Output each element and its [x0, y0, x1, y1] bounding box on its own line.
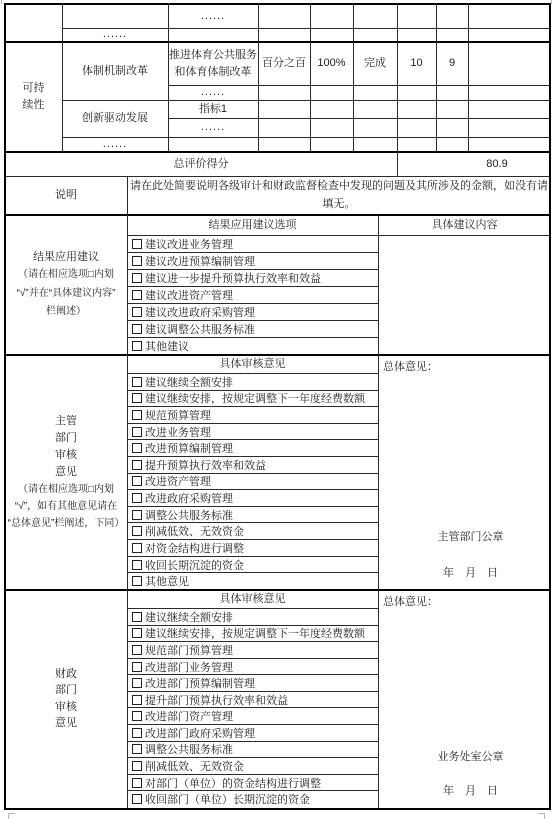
checkbox-icon[interactable]: [132, 393, 142, 403]
option-row[interactable]: 改进预算编制管理: [128, 440, 378, 457]
option-label: 建议进一步提升预算执行效率和效益: [145, 270, 321, 286]
label-line: 意见: [5, 715, 127, 732]
option-label: 对部门（单位）的资金结构进行调整: [145, 775, 321, 791]
option-label: 改进部门业务管理: [145, 659, 233, 675]
option-row[interactable]: 改进部门业务管理: [128, 659, 378, 676]
option-label: 改进部门预算编制管理: [145, 675, 255, 691]
finance-review-options-header: 具体审核意见: [127, 590, 378, 608]
checkbox-icon[interactable]: [132, 341, 142, 351]
finance-overall-opinion-area[interactable]: 总体意见：: [379, 590, 553, 810]
option-row[interactable]: 提升部门预算执行效率和效益: [128, 692, 378, 709]
option-row[interactable]: 削减低效、无效资金: [128, 758, 378, 775]
checkbox-icon[interactable]: [132, 778, 142, 788]
option-row[interactable]: 建议进一步提升预算执行效率和效益: [128, 270, 378, 287]
option-label: 建议改进资产管理: [145, 287, 233, 303]
checkbox-icon[interactable]: [132, 410, 142, 420]
option-row[interactable]: 其他意见: [128, 573, 378, 589]
page-boundary-mark: [8, 813, 15, 814]
checkbox-icon[interactable]: [132, 510, 142, 520]
option-row[interactable]: 对部门（单位）的资金结构进行调整: [128, 775, 378, 792]
result-application-options: 建议改进业务管理 建议改进预算编制管理 建议进一步提升预算执行效率和效益 建议改…: [128, 236, 378, 354]
dept-stamp-label: 主管部门公章: [390, 528, 551, 546]
option-label: 削减低效、无效资金: [145, 758, 244, 774]
evaluation-form-page: ...... ...... 可持续性 体制机制改革 推进体育公共服务 和体育体制…: [0, 0, 553, 819]
indicator-unit: 百分之百: [258, 42, 310, 85]
indicator-target-value: 100%: [310, 42, 353, 85]
option-label: 建议改进业务管理: [145, 236, 233, 252]
option-row[interactable]: 规范部门预算管理: [128, 642, 378, 659]
note-label: 说明: [5, 176, 127, 214]
checkbox-icon[interactable]: [132, 662, 142, 672]
option-row[interactable]: 改进部门预算编制管理: [128, 675, 378, 692]
option-label: 改进部门政府采购管理: [145, 725, 255, 741]
option-row[interactable]: 建议改进业务管理: [128, 236, 378, 253]
label-line: 部门: [5, 682, 127, 699]
checkbox-icon[interactable]: [132, 695, 142, 705]
option-label: 规范部门预算管理: [145, 642, 233, 658]
total-score-value: 80.9: [397, 152, 551, 176]
category-sustainability-label: 可持续性: [5, 42, 62, 151]
indicator-actual-value: 完成: [353, 42, 397, 85]
checkbox-icon[interactable]: [132, 273, 142, 283]
checkbox-icon[interactable]: [132, 645, 142, 655]
checkbox-icon[interactable]: [132, 678, 142, 688]
finance-review-options: 建议继续全额安排 建议继续安排，按规定调整下一年度经费数额 规范部门预算管理 改…: [128, 609, 378, 807]
option-label: 改进部门资产管理: [145, 708, 233, 724]
option-row[interactable]: 建议继续安排，按规定调整下一年度经费数额: [128, 626, 378, 643]
label-line: （请在相应选项□内划: [5, 481, 127, 498]
option-row[interactable]: 改进业务管理: [128, 424, 378, 441]
option-row[interactable]: 改进部门政府采购管理: [128, 725, 378, 742]
checkbox-icon[interactable]: [132, 744, 142, 754]
option-row[interactable]: 其他建议: [128, 338, 378, 354]
label-line: “√”并在“具体建议内容”: [5, 285, 127, 304]
option-label: 改进业务管理: [145, 424, 211, 440]
indicator-ellipsis-cell: ......: [62, 28, 168, 41]
checkbox-icon[interactable]: [132, 711, 142, 721]
checkbox-icon[interactable]: [132, 324, 142, 334]
option-label: 建议继续安排，按规定调整下一年度经费数额: [145, 626, 365, 642]
subcategory-label: 体制机制改革: [62, 42, 168, 100]
indicator-name-line: 和体育体制改革: [168, 64, 258, 81]
checkbox-icon[interactable]: [132, 256, 142, 266]
note-text: 请在此处简要说明各级审计和财政监督检查中发现的问题及其所涉及的金额，如没有请填无…: [129, 176, 549, 214]
label-line: 审核: [5, 447, 127, 464]
checkbox-icon[interactable]: [132, 526, 142, 536]
result-application-content-header: 具体建议内容: [378, 215, 551, 235]
checkbox-icon[interactable]: [132, 560, 142, 570]
option-row[interactable]: 削减低效、无效资金: [128, 523, 378, 540]
checkbox-icon[interactable]: [132, 307, 142, 317]
option-label: 建议继续安排，按规定调整下一年度经费数额: [145, 391, 365, 407]
label-line: 主管: [5, 413, 127, 430]
option-row[interactable]: 建议继续全额安排: [128, 609, 378, 626]
checkbox-icon[interactable]: [132, 628, 142, 638]
option-row[interactable]: 建议改进资产管理: [128, 287, 378, 304]
page-boundary-mark: [8, 813, 9, 819]
indicator-ellipsis-cell: ......: [168, 85, 258, 100]
indicator-score: 9: [436, 42, 468, 85]
indicator-name: 推进体育公共服务 和体育体制改革: [168, 42, 258, 85]
option-row[interactable]: 改进资产管理: [128, 474, 378, 491]
option-row[interactable]: 收回长期沉淀的资金: [128, 557, 378, 574]
option-label: 建议改进预算编制管理: [145, 253, 255, 269]
overall-opinion-label: 总体意见：: [383, 596, 438, 608]
indicator-ellipsis-cell: ......: [62, 137, 168, 151]
option-label: 建议继续全额安排: [145, 609, 233, 625]
checkbox-icon[interactable]: [132, 290, 142, 300]
page-boundary-mark: [1, 0, 2, 4]
checkbox-icon[interactable]: [132, 794, 142, 804]
checkbox-icon[interactable]: [132, 460, 142, 470]
label-line: 意见: [5, 464, 127, 481]
option-label: 调整公共服务标准: [145, 507, 233, 523]
checkbox-icon[interactable]: [132, 443, 142, 453]
category-label-line: 续性: [5, 97, 62, 114]
option-row[interactable]: 改进部门资产管理: [128, 708, 378, 725]
checkbox-icon[interactable]: [132, 377, 142, 387]
label-line: 结果应用建议: [5, 248, 127, 267]
category-label-line: 可持: [5, 80, 62, 97]
option-label: 规范预算管理: [145, 407, 211, 423]
finance-review-label: 财政部门审核意见: [5, 590, 127, 807]
option-label: 建议调整公共服务标准: [145, 321, 255, 337]
option-row[interactable]: 规范预算管理: [128, 407, 378, 424]
indicator-weight: 10: [397, 42, 436, 85]
option-row[interactable]: 调整公共服务标准: [128, 742, 378, 759]
checkbox-icon[interactable]: [132, 476, 142, 486]
option-label: 改进政府采购管理: [145, 490, 233, 506]
result-application-label: 结果应用建议（请在相应选项□内划“√”并在“具体建议内容”栏阐述）: [5, 215, 127, 354]
checkbox-icon[interactable]: [132, 543, 142, 553]
option-label: 对资金结构进行调整: [145, 540, 244, 556]
indicator-name: 指标1: [168, 100, 258, 118]
dept-review-options-header: 具体审核意见: [127, 355, 378, 373]
table-grid-line: [468, 3, 469, 152]
option-label: 调整公共服务标准: [145, 742, 233, 758]
checkbox-icon[interactable]: [132, 612, 142, 622]
option-row[interactable]: 建议继续全额安排: [128, 374, 378, 391]
dept-review-options: 建议继续全额安排 建议继续安排，按规定调整下一年度经费数额 规范预算管理 改进业…: [128, 374, 378, 589]
option-label: 改进预算编制管理: [145, 440, 233, 456]
option-row[interactable]: 建议调整公共服务标准: [128, 321, 378, 338]
label-line: 部门: [5, 430, 127, 447]
label-line: 栏阐述）: [5, 303, 127, 322]
option-label: 提升部门预算执行效率和效益: [145, 692, 288, 708]
option-row[interactable]: 改进政府采购管理: [128, 490, 378, 507]
option-label: 建议继续全额安排: [145, 374, 233, 390]
result-application-options-header: 结果应用建议选项: [127, 215, 378, 235]
indicator-ellipsis-cell: ......: [168, 118, 258, 137]
dept-overall-opinion-area[interactable]: 总体意见：: [379, 355, 553, 592]
subcategory-label: 创新驱动发展: [62, 100, 168, 137]
page-boundary-mark: [551, 0, 552, 4]
checkbox-icon[interactable]: [132, 493, 142, 503]
total-score-label: 总评价得分: [5, 152, 397, 176]
result-application-content-area[interactable]: [379, 236, 549, 354]
label-line: “√”，如有其他意见请在: [5, 498, 127, 515]
option-row[interactable]: 对资金结构进行调整: [128, 540, 378, 557]
option-row[interactable]: 调整公共服务标准: [128, 507, 378, 524]
finance-date-field[interactable]: 年 月 日: [390, 782, 551, 800]
checkbox-icon[interactable]: [132, 427, 142, 437]
indicator-ellipsis-cell: ......: [168, 4, 258, 28]
page-boundary-mark: [544, 813, 545, 819]
dept-date-field[interactable]: 年 月 日: [390, 564, 551, 582]
label-line: （请在相应选项□内划: [5, 266, 127, 285]
label-line: 审核: [5, 699, 127, 716]
option-row[interactable]: 提升预算执行效率和效益: [128, 457, 378, 474]
option-label: 收回长期沉淀的资金: [145, 557, 244, 573]
table-grid-line: [397, 3, 398, 177]
indicator-name-line: 推进体育公共服务: [168, 47, 258, 64]
option-label: 其他建议: [145, 338, 189, 354]
option-row[interactable]: 建议改进预算编制管理: [128, 253, 378, 270]
dept-review-label: 主管部门审核意见（请在相应选项□内划“√”，如有其他意见请在“总体意见”栏阐述，…: [5, 355, 127, 589]
checkbox-icon[interactable]: [132, 761, 142, 771]
checkbox-icon[interactable]: [132, 576, 142, 586]
option-label: 其他意见: [145, 573, 189, 589]
option-label: 建议改进政府采购管理: [145, 304, 255, 320]
option-label: 收回部门（单位）长期沉淀的资金: [145, 791, 310, 807]
option-row[interactable]: 建议改进政府采购管理: [128, 304, 378, 321]
option-label: 提升预算执行效率和效益: [145, 457, 266, 473]
checkbox-icon[interactable]: [132, 728, 142, 738]
finance-stamp-label: 业务处室公章: [390, 748, 551, 766]
checkbox-icon[interactable]: [132, 239, 142, 249]
label-line: “总体意见”栏阐述，下同）: [5, 515, 127, 532]
option-row[interactable]: 建议继续安排，按规定调整下一年度经费数额: [128, 391, 378, 408]
overall-opinion-label: 总体意见：: [383, 361, 438, 373]
label-line: 财政: [5, 666, 127, 683]
option-row[interactable]: 收回部门（单位）长期沉淀的资金: [128, 791, 378, 807]
option-label: 削减低效、无效资金: [145, 523, 244, 539]
option-label: 改进资产管理: [145, 474, 211, 490]
